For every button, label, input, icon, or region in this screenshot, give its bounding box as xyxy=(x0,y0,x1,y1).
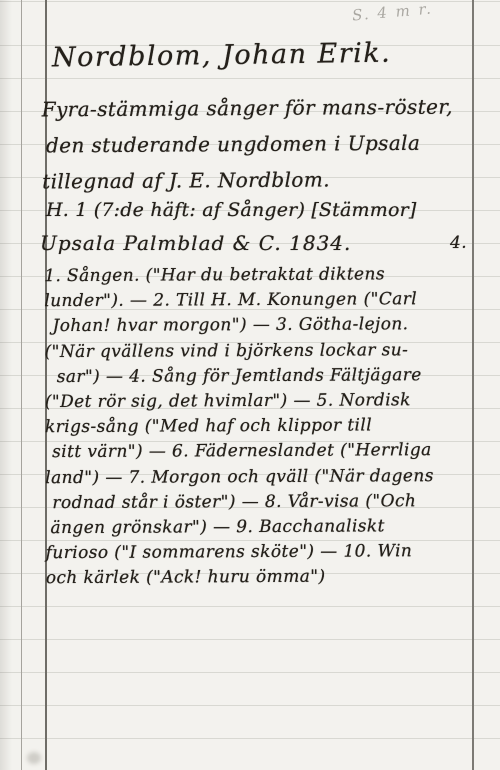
contents-line: rodnad står i öster") — 8. Vår-visa ("Oc… xyxy=(45,489,477,516)
contents-line: ("Det rör sig, det hvimlar") — 5. Nordis… xyxy=(45,388,477,415)
contents-line: krigs-sång ("Med haf och klippor till xyxy=(45,413,477,440)
contents-line: furioso ("I sommarens sköte") — 10. Win xyxy=(46,539,478,566)
contents-line: lunder"). — 2. Till H. M. Konungen ("Car… xyxy=(44,287,476,314)
edition-note: H. 1 (7:de häft: af Sånger) [Stämmor] xyxy=(46,199,416,221)
contents-line: ("När qvällens vind i björkens lockar su… xyxy=(45,337,477,364)
description-line: den studerande ungdomen i Upsala xyxy=(42,125,453,164)
contents-line: och kärlek ("Ack! huru ömma") xyxy=(46,564,478,591)
left-outer-margin-line xyxy=(21,0,22,770)
contents-line: sitt värn") — 6. Fäderneslandet ("Herrli… xyxy=(45,438,477,465)
manuscript-page: S. 4 m r. Nordblom, Johan Erik. Fyra-stä… xyxy=(0,0,500,770)
contents-list: 1. Sången. ("Har du betraktat diktenslun… xyxy=(44,262,478,592)
contents-line: Johan! hvar morgon") — 3. Götha-lejon. xyxy=(44,312,476,339)
contents-line: 1. Sången. ("Har du betraktat diktens xyxy=(44,262,476,289)
imprint-line: Upsala Palmblad & C. 1834. xyxy=(40,231,351,255)
contents-line: land") — 7. Morgon och qväll ("När dagen… xyxy=(45,463,477,490)
pencil-smudge xyxy=(27,752,41,764)
page-number: 4. xyxy=(450,233,467,253)
contents-line: ängen grönskar") — 9. Bacchanaliskt xyxy=(45,514,477,541)
description-line: Fyra-stämmiga sånger för mans-röster, xyxy=(42,89,453,128)
contents-line: sar") — 4. Sång för Jemtlands Fältjägare xyxy=(45,363,477,390)
pencil-shelfmark-note: S. 4 m r. xyxy=(351,0,433,24)
title-description: Fyra-stämmiga sånger för mans-röster,den… xyxy=(42,89,454,200)
author-heading: Nordblom, Johan Erik. xyxy=(52,38,392,74)
description-line: tillegnad af J. E. Nordblom. xyxy=(42,161,453,200)
